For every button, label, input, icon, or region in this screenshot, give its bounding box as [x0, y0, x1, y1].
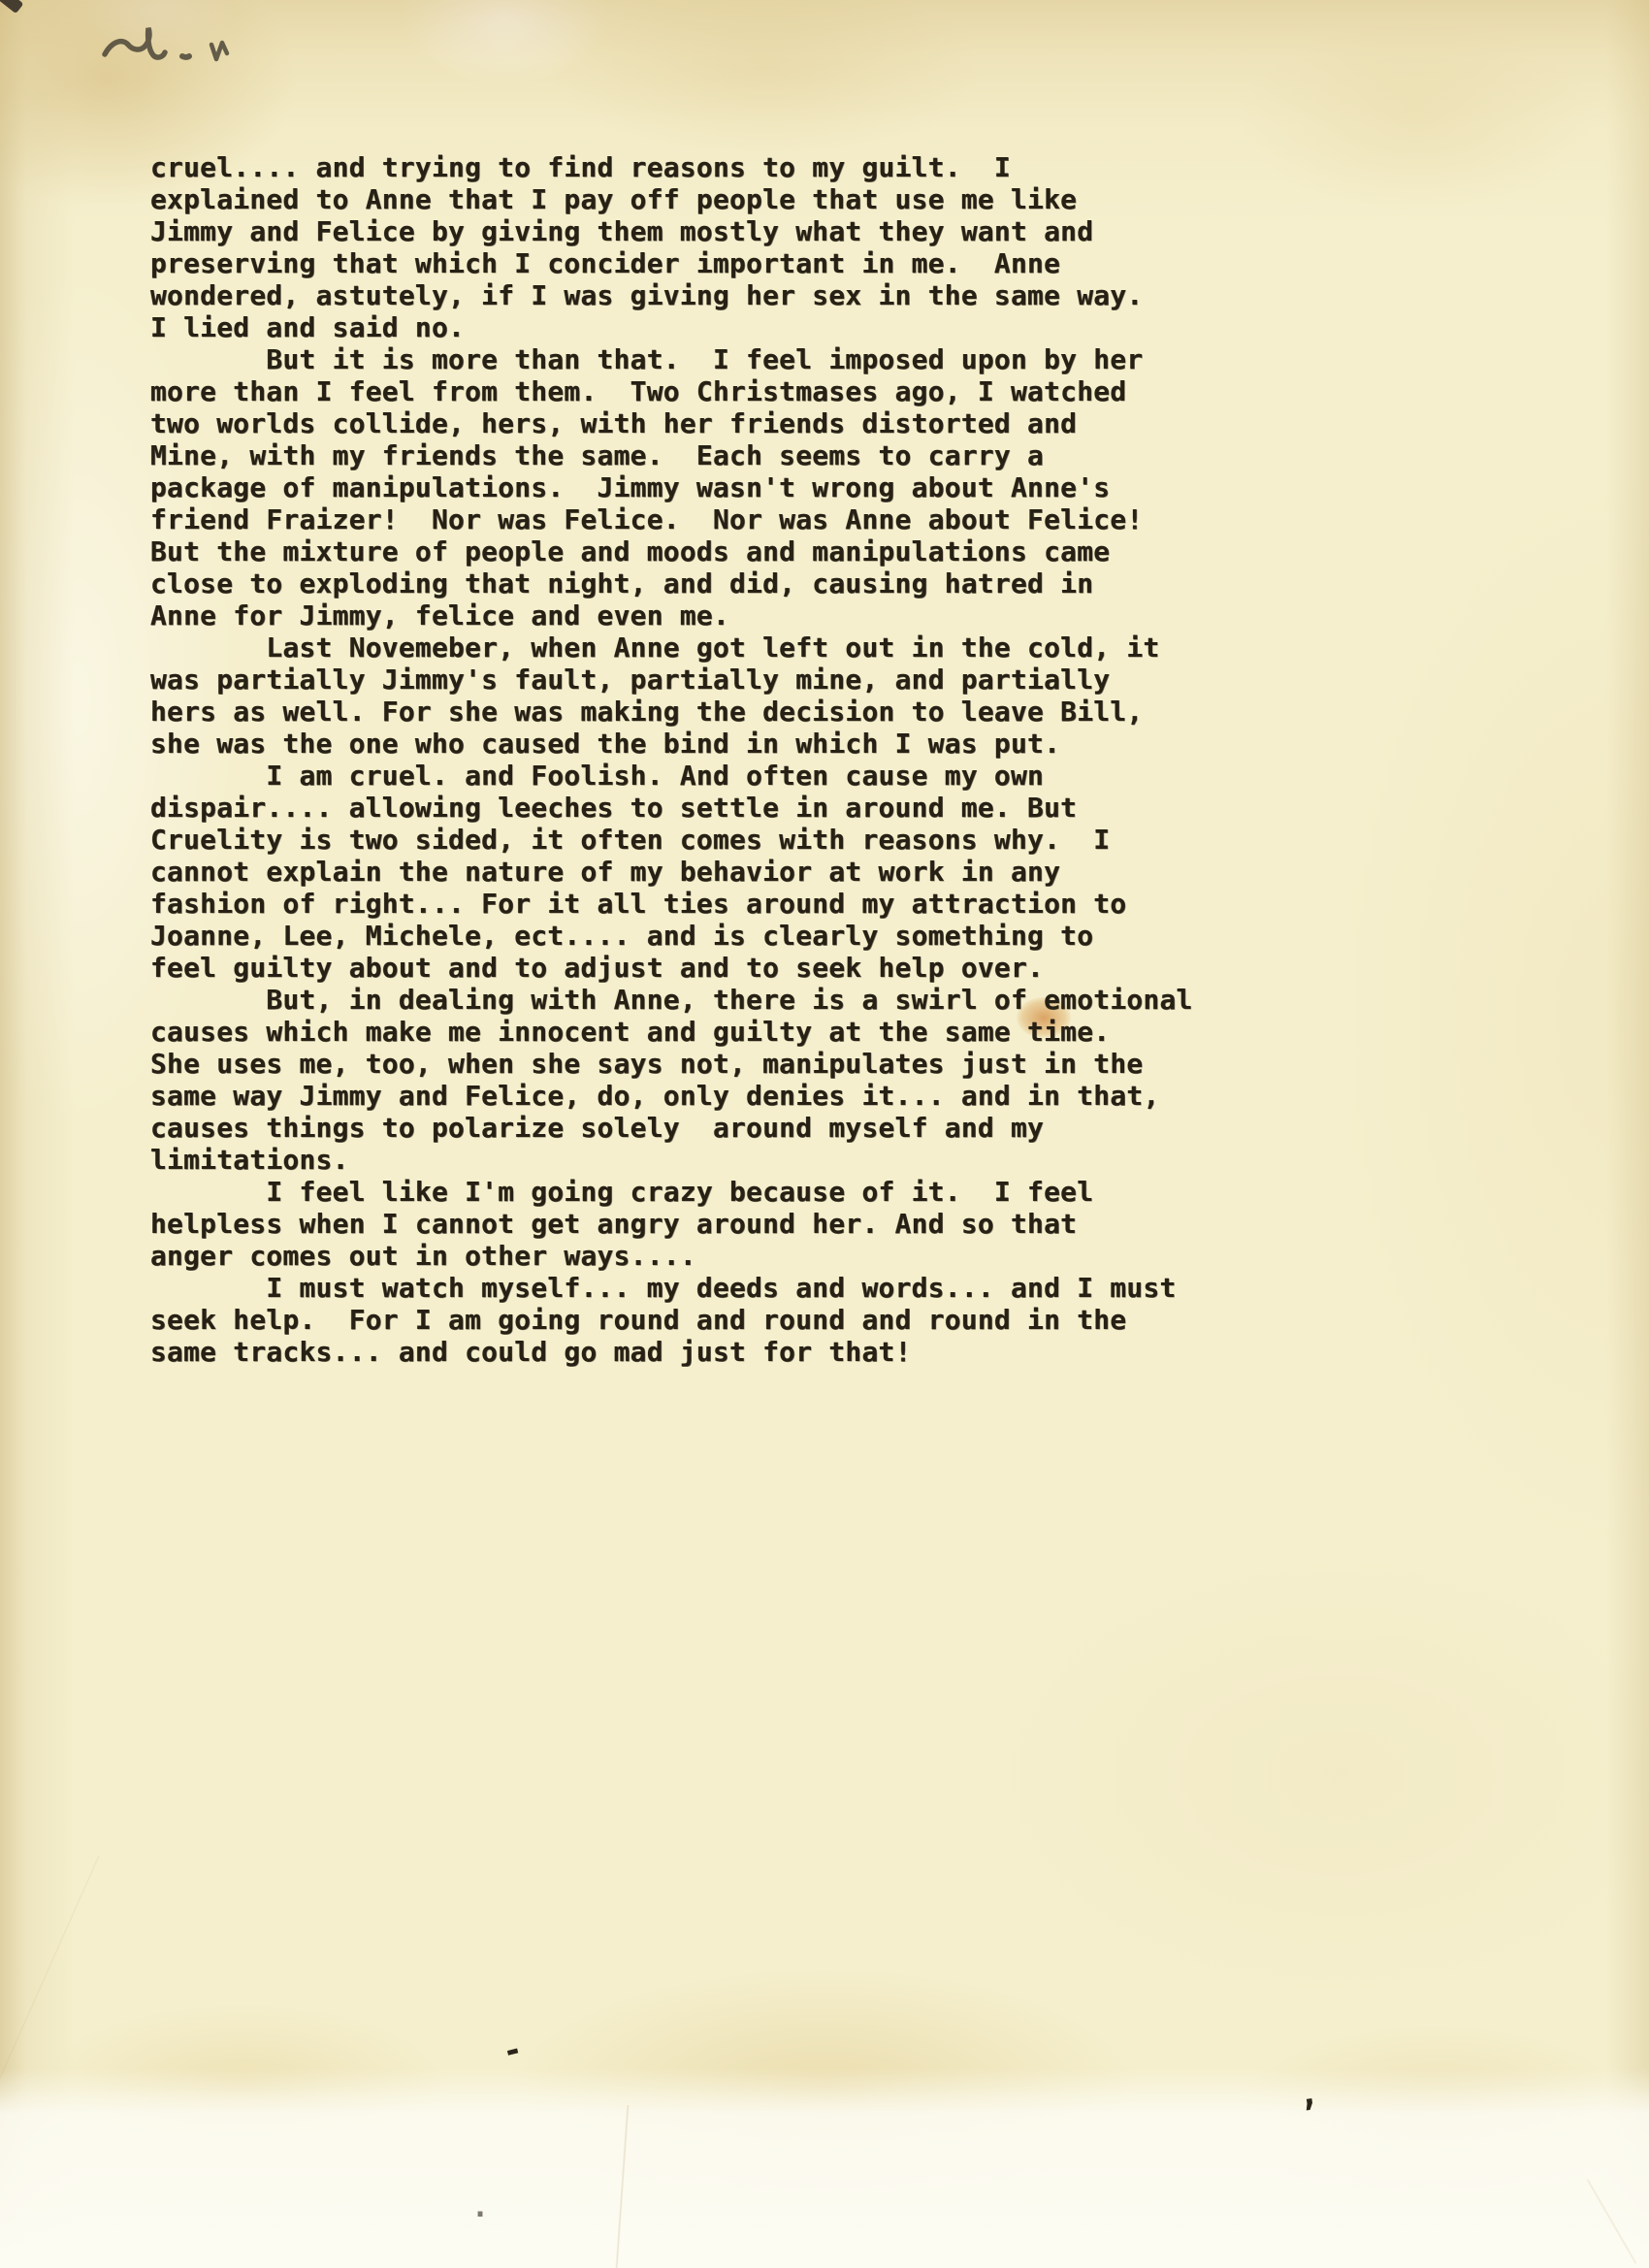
typed-line: I must watch myself... my deeds and word…	[150, 1272, 1217, 1304]
typed-line: preserving that which I concider importa…	[150, 247, 1217, 279]
typed-line: two worlds collide, hers, with her frien…	[150, 407, 1217, 439]
paper-crease	[0, 1856, 100, 2122]
paper-sheet: cruel.... and trying to find reasons to …	[0, 0, 1649, 2268]
typed-line: same tracks... and could go mad just for…	[150, 1336, 1217, 1368]
typed-line: She uses me, too, when she says not, man…	[150, 1048, 1217, 1080]
typed-line: limitations.	[150, 1144, 1217, 1176]
typed-line: cannot explain the nature of my behavior…	[150, 856, 1217, 888]
typed-line: more than I feel from them. Two Christma…	[150, 375, 1217, 407]
typed-text-block: cruel.... and trying to find reasons to …	[150, 151, 1217, 1368]
typed-line: causes which make me innocent and guilty…	[150, 1016, 1217, 1048]
stray-dash-mark: -	[498, 2029, 527, 2072]
stray-comma-mark: ,	[1295, 2073, 1321, 2116]
typed-line: helpless when I cannot get angry around …	[150, 1208, 1217, 1240]
typed-line: feel guilty about and to adjust and to s…	[150, 952, 1217, 984]
typed-line: But the mixture of people and moods and …	[150, 535, 1217, 567]
typed-line: same way Jimmy and Felice, do, only deni…	[150, 1080, 1217, 1112]
typed-line: anger comes out in other ways....	[150, 1240, 1217, 1272]
typed-line: friend Fraizer! Nor was Felice. Nor was …	[150, 503, 1217, 535]
typed-line: wondered, astutely, if I was giving her …	[150, 279, 1217, 311]
typed-line: explained to Anne that I pay off people …	[150, 183, 1217, 215]
typed-line: Last Novemeber, when Anne got left out i…	[150, 632, 1217, 664]
typed-line: I lied and said no.	[150, 311, 1217, 343]
typed-line: But, in dealing with Anne, there is a sw…	[150, 984, 1217, 1016]
typed-line: Cruelity is two sided, it often comes wi…	[150, 824, 1217, 856]
typed-line: hers as well. For she was making the dec…	[150, 696, 1217, 728]
typed-line: causes things to polarize solely around …	[150, 1112, 1217, 1144]
typed-line: fashion of right... For it all ties arou…	[150, 888, 1217, 920]
typed-line: I feel like I'm going crazy because of i…	[150, 1176, 1217, 1208]
typed-line: Anne for Jimmy, felice and even me.	[150, 599, 1217, 632]
paper-crease	[615, 2105, 630, 2268]
handwritten-scribble	[99, 12, 279, 81]
typed-line: dispair.... allowing leeches to settle i…	[150, 792, 1217, 824]
typed-line: close to exploding that night, and did, …	[150, 567, 1217, 599]
scan-corner-artifact	[0, 0, 23, 14]
typed-line: package of manipulations. Jimmy wasn't w…	[150, 471, 1217, 503]
stray-dot-mark: .	[471, 2190, 489, 2224]
typed-line: Joanne, Lee, Michele, ect.... and is cle…	[150, 920, 1217, 952]
typed-line: Mine, with my friends the same. Each see…	[150, 439, 1217, 471]
typed-line: cruel.... and trying to find reasons to …	[150, 151, 1217, 183]
typed-line: I am cruel. and Foolish. And often cause…	[150, 760, 1217, 792]
typed-line: was partially Jimmy's fault, partially m…	[150, 664, 1217, 696]
typed-line: seek help. For I am going round and roun…	[150, 1304, 1217, 1336]
paper-crease	[1586, 2179, 1637, 2264]
typed-line: But it is more than that. I feel imposed…	[150, 343, 1217, 375]
typed-line: she was the one who caused the bind in w…	[150, 728, 1217, 760]
typed-line: Jimmy and Felice by giving them mostly w…	[150, 215, 1217, 247]
